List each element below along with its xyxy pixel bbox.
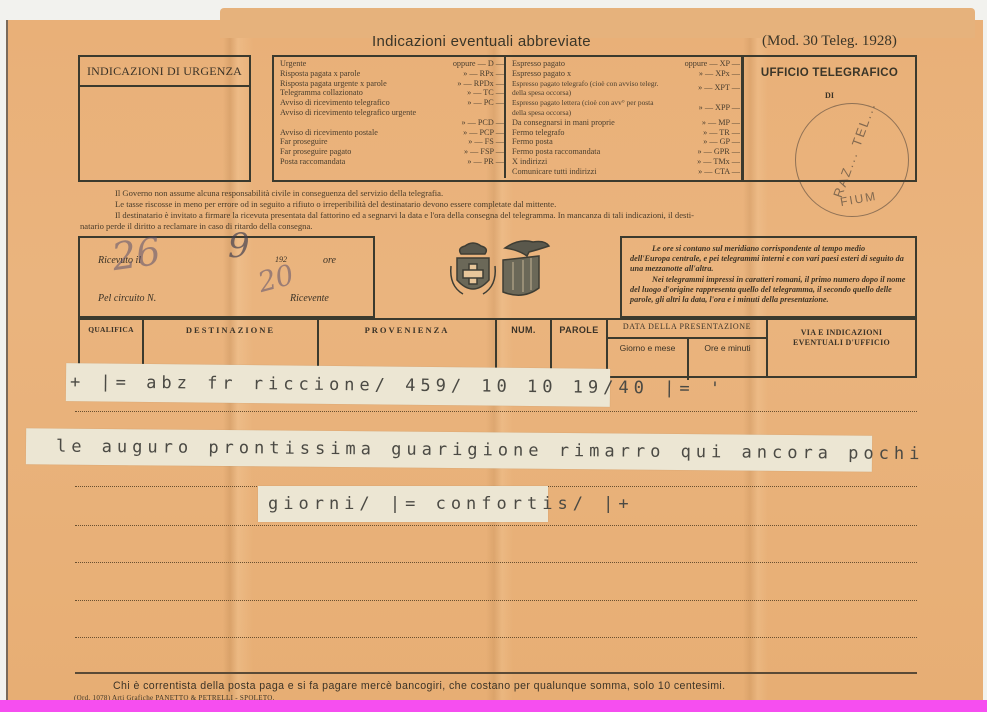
- column-via-indicazioni: VIA E INDICAZIONI EVENTUALI D'UFFICIO: [768, 320, 915, 376]
- coat-of-arms-icon: [447, 236, 553, 306]
- writing-line: [75, 600, 917, 601]
- column-ore-minuti: Ore e minuti: [689, 337, 766, 380]
- urgency-box: INDICAZIONI DI URGENZA: [78, 55, 251, 182]
- abbreviation-row: Far proseguire» — FS —: [280, 137, 504, 147]
- abbreviation-row: Avviso di ricevimento telegrafico urgent…: [280, 108, 504, 128]
- writing-line: [75, 562, 917, 563]
- abbreviation-row: Espresso pagato lettera (cioè con avv° p…: [512, 98, 740, 118]
- tape-strip-message-2: giorni/ |= confortis/ |+: [258, 486, 548, 522]
- writing-line: [75, 672, 917, 674]
- circuit-label: Pel circuito N.: [98, 293, 156, 304]
- telegraph-office-title: UFFICIO TELEGRAFICO: [744, 67, 915, 79]
- telegraph-office-di: DI: [744, 91, 915, 100]
- abbreviation-row: Comunicare tutti indirizzi» — CTA —: [512, 167, 740, 177]
- abbreviation-row: Fermo posta» — GP —: [512, 137, 740, 147]
- info-notes-box: Le ore si contano sul meridiano corrispo…: [620, 236, 917, 318]
- bottom-color-strip: [0, 700, 987, 712]
- abbreviation-row: Espresso pagato telegrafo (cioè con avvi…: [512, 79, 740, 99]
- abbreviations-right-column: Espresso pagatooppure — XP — Espresso pa…: [504, 57, 740, 178]
- column-giorno-mese: Giorno e mese: [608, 337, 689, 380]
- abbreviations-left-column: Urgenteoppure — D — Risposta pagata x pa…: [280, 59, 504, 167]
- abbreviation-row: Risposta pagata x parole» — RPx —: [280, 69, 504, 79]
- notice-line: Le tasse riscosse in meno per errore od …: [115, 199, 556, 209]
- abbreviation-row: Posta raccomandata» — PR —: [280, 157, 504, 167]
- abbreviation-row: Avviso di ricevimento telegrafico» — PC …: [280, 98, 504, 108]
- abbreviation-row: Avviso di ricevimento postale» — PCP —: [280, 128, 504, 138]
- column-data-presentazione: DATA DELLA PRESENTAZIONE Giorno e mese O…: [608, 320, 768, 376]
- footer-notice: Chi è correntista della posta paga e si …: [113, 680, 726, 692]
- abbreviations-title: Indicazioni eventuali abbreviate: [372, 33, 591, 50]
- abbreviation-row: Espresso pagato x» — XPx —: [512, 69, 740, 79]
- abbreviation-row: Far proseguire pagato» — FSP —: [280, 147, 504, 157]
- abbreviation-row: X indirizzi» — TMx —: [512, 157, 740, 167]
- abbreviation-row: Espresso pagatooppure — XP —: [512, 59, 740, 69]
- tape-strip-header: + |= abz fr riccione/ 459/ 10 10 19/40 |…: [66, 363, 610, 407]
- tape-strip-message-1: le auguro prontissima guarigione rimarro…: [26, 428, 872, 471]
- urgency-box-title: INDICAZIONI DI URGENZA: [80, 57, 249, 87]
- form-model-number: (Mod. 30 Teleg. 1928): [762, 33, 897, 50]
- receiver-label: Ricevente: [290, 293, 329, 304]
- abbreviation-row: Fermo telegrafo» — TR —: [512, 128, 740, 138]
- postmark-stamp: RAZ... TEL... FIUM: [795, 103, 909, 217]
- hour-label: ore: [323, 255, 336, 266]
- abbreviation-row: Risposta pagata urgente x parole» — RPDx…: [280, 79, 504, 89]
- abbreviations-box: Urgenteoppure — D — Risposta pagata x pa…: [272, 55, 743, 182]
- writing-line: [75, 411, 917, 412]
- notice-line: natario perde il diritto a reclamare in …: [80, 221, 312, 231]
- writing-line: [75, 637, 917, 638]
- writing-line: [75, 525, 917, 526]
- abbreviation-row: Telegramma collazionato» — TC —: [280, 88, 504, 98]
- notice-line: Il destinatario è invitato a firmare la …: [115, 210, 694, 220]
- abbreviation-row: Urgenteoppure — D —: [280, 59, 504, 69]
- notice-line: Il Governo non assume alcuna responsabil…: [115, 188, 443, 198]
- info-notes-text: Le ore si contano sul meridiano corrispo…: [622, 244, 915, 305]
- abbreviation-row: Fermo posta raccomandata» — GPR —: [512, 147, 740, 157]
- handwritten-month: 9: [228, 226, 250, 266]
- abbreviation-row: Da consegnarsi in mani proprie» — MP —: [512, 118, 740, 128]
- handwritten-day: 26: [109, 229, 163, 279]
